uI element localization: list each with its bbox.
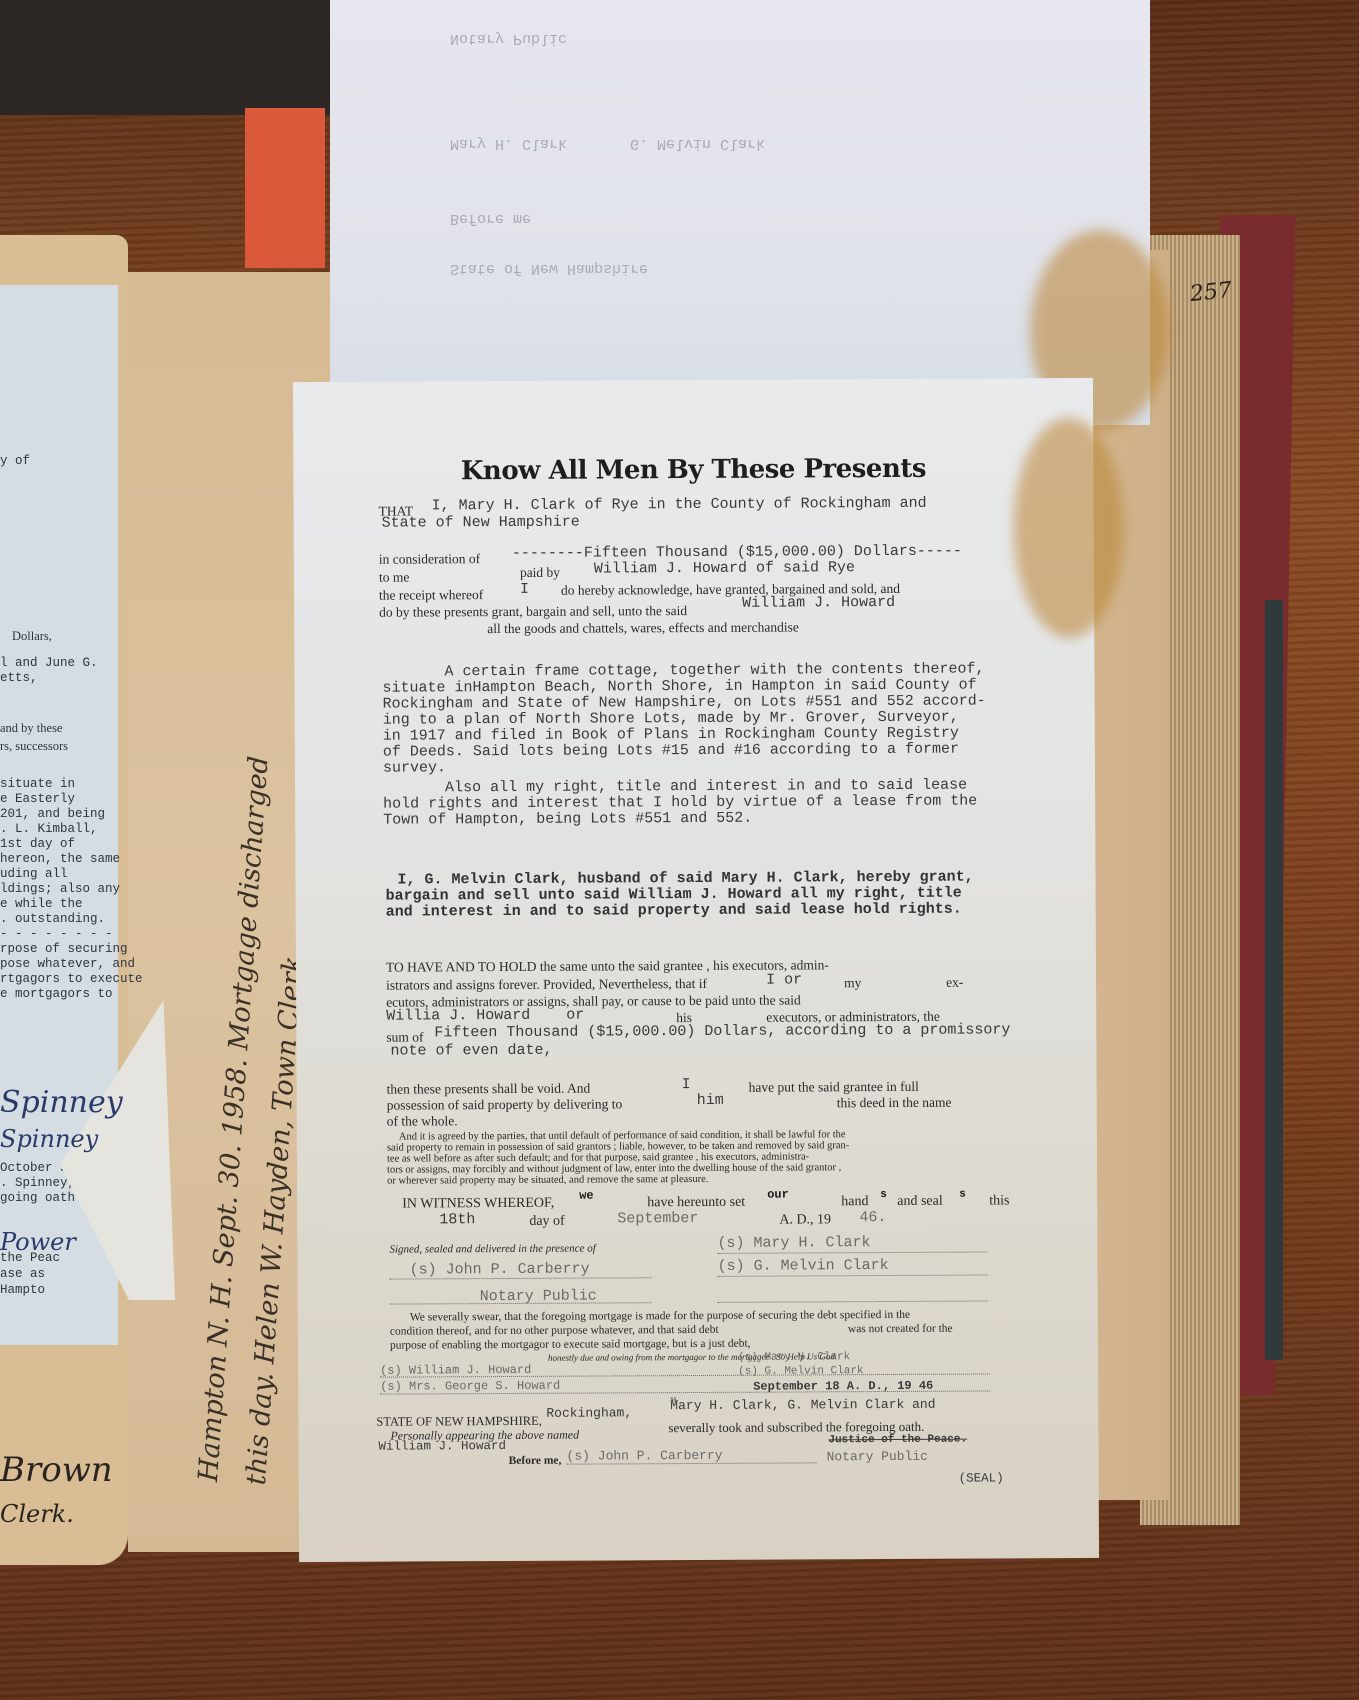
left-text-line: - - - - - - - - — [0, 926, 113, 942]
presence-label: Signed, sealed and delivered in the pres… — [389, 1243, 595, 1256]
receipt-label: the receipt whereof — [379, 587, 483, 604]
seal-label: and seal — [897, 1194, 943, 1210]
left-text-line: 201, and being — [0, 806, 105, 822]
oath-sig-right-1: (s) Mary H. Clark — [738, 1351, 850, 1364]
possession-who: I — [682, 1076, 691, 1093]
set-label: have hereunto set — [647, 1195, 745, 1212]
signature: Spinney — [0, 1125, 98, 1153]
payee: Willia J. Howard — [386, 1007, 530, 1025]
signature-line — [567, 1462, 817, 1464]
possession-line-2: possession of said property by deliverin… — [387, 1096, 623, 1113]
grantor-state: State of New Hampshire — [382, 514, 580, 532]
payee-or: or — [566, 1007, 584, 1024]
left-text-line: and by these — [0, 720, 62, 736]
sum-text: Fifteen Thousand ($15,000.00) Dollars, a… — [434, 1021, 1010, 1041]
oath-line-2: condition thereof, and for no other purp… — [390, 1324, 719, 1338]
handwritten-name: Brown — [0, 1450, 113, 1490]
named-person-2: William J. Howard — [378, 1439, 506, 1454]
text-line: Town of Hampton, being Lots #551 and 552… — [383, 810, 752, 829]
left-text-line: rtgagors to execute — [0, 971, 143, 987]
possession-line-1: then these presents shall be void. And — [387, 1081, 591, 1098]
paid-by: William J. Howard of said Rye — [594, 559, 855, 577]
witness-who: we — [579, 1189, 593, 1203]
witness-label: IN WITNESS WHEREOF, — [402, 1196, 554, 1213]
left-text-line: 1st day of — [0, 836, 75, 852]
left-text-line: e while the — [0, 896, 83, 912]
left-text-line: e mortgagors to — [0, 986, 113, 1002]
left-text-line: Dollars, — [12, 628, 52, 644]
text-line: or wherever said property may be situate… — [387, 1174, 708, 1187]
ghost-text: Notary Public — [450, 30, 567, 47]
receipt-who: I — [520, 581, 529, 598]
left-text-line: ase as — [0, 1266, 45, 1282]
left-text-line: etts, — [0, 670, 38, 686]
signer-1: (s) Mary H. Clark — [717, 1234, 870, 1252]
habendum-line-2: istrators and assigns forever. Provided,… — [386, 976, 707, 994]
orange-book — [245, 108, 325, 268]
oath-sig-left-2: (s) Mrs. George S. Howard — [380, 1379, 560, 1394]
habendum-who: I or — [766, 971, 802, 988]
oath-sig-right-2: (s) G. Melvin Clark — [738, 1365, 863, 1378]
ghost-text: Mary H. Clark — [450, 135, 567, 152]
text-line: and interest in and to said property and… — [386, 901, 962, 921]
habendum-line-1: TO HAVE AND TO HOLD the same unto the sa… — [386, 957, 829, 975]
left-text-line: . outstanding. — [0, 911, 105, 927]
book-spine-inner — [1265, 600, 1283, 1360]
grantee: William J. Howard — [742, 594, 895, 612]
handwritten-title: Clerk. — [0, 1500, 74, 1528]
left-text-line: e Easterly — [0, 791, 75, 807]
document-title: Know All Men By These Presents — [293, 453, 1093, 487]
left-text-line: hereon, the same — [0, 851, 120, 867]
signature-line — [390, 1277, 652, 1279]
left-text-line: rpose of securing — [0, 941, 128, 957]
signer-2: (s) G. Melvin Clark — [718, 1257, 889, 1275]
signature: Spinney — [0, 1085, 123, 1120]
ghost-text: Before me — [450, 210, 531, 227]
county: Rockingham, — [546, 1405, 632, 1420]
text-line: survey. — [383, 759, 446, 776]
left-text-line: Hampto — [0, 1282, 45, 1298]
ghost-text: State of New Hampshire — [450, 260, 648, 277]
witness-day: 18th — [439, 1211, 475, 1228]
left-text-line: l and June G. — [0, 655, 98, 671]
left-text-line: . L. Kimball, — [0, 821, 98, 837]
left-text-line: ldings; also any — [0, 881, 120, 897]
text-line: of Deeds. Said lots being Lots #15 and #… — [383, 741, 959, 761]
grantor-line: I, Mary H. Clark of Rye in the County of… — [432, 495, 927, 515]
witness-our: our — [767, 1188, 789, 1202]
officer-title: Notary Public — [827, 1449, 928, 1465]
struck-title: Justice of the Peace. — [828, 1434, 967, 1447]
to-me-label: to me — [379, 569, 409, 585]
signature-line — [717, 1251, 987, 1253]
left-text-line: rs, successors — [0, 738, 68, 754]
left-text-line: y of — [0, 453, 30, 469]
left-text-line: pose whatever, and — [0, 956, 135, 972]
ghost-text: G. Melvin Clark — [630, 135, 765, 152]
page-number: 257 — [1189, 278, 1233, 307]
signature-line — [718, 1300, 988, 1302]
this-label: this — [989, 1193, 1009, 1209]
possession-him: him — [697, 1092, 724, 1109]
paid-by-label: paid by — [520, 565, 560, 581]
goods-text: all the goods and chattels, wares, effec… — [487, 619, 799, 637]
ad-label: A. D., 19 — [779, 1212, 831, 1228]
named-persons: Mary H. Clark, G. Melvin Clark and — [670, 1397, 935, 1413]
dark-object — [0, 0, 340, 115]
oath-date: September 18 A. D., 19 46 — [753, 1379, 933, 1394]
possession-line-3: of the whole. — [387, 1113, 458, 1129]
before-me-label: Before me, — [509, 1455, 562, 1467]
note-text: note of even date, — [390, 1042, 552, 1060]
witness-month: September — [617, 1210, 698, 1227]
seal-mark: (SEAL) — [959, 1471, 1004, 1485]
hand-label: hand — [841, 1194, 868, 1210]
possession-line-2-rest: this deed in the name — [837, 1095, 952, 1112]
grant-text: do by these presents grant, bargain and … — [379, 603, 687, 621]
witness-1: (s) John P. Carberry — [410, 1261, 590, 1279]
consideration-label: in consideration of — [379, 551, 480, 568]
possession-rest: have put the said grantee in full — [749, 1079, 919, 1096]
left-text-line: uding all — [0, 866, 68, 882]
hand-s: s — [880, 1189, 887, 1201]
oath-line-1: We severally swear, that the foregoing m… — [410, 1309, 910, 1324]
mortgage-document: Know All Men By These Presents THAT I, M… — [293, 378, 1099, 1562]
oath-line-2-right: was not created for the — [848, 1323, 953, 1336]
signature: Power — [0, 1228, 76, 1256]
left-text-line: going oath. — [0, 1190, 83, 1206]
day-of-label: day of — [529, 1214, 564, 1230]
seal-s: s — [959, 1189, 966, 1201]
habendum-ex: ex- — [946, 975, 963, 991]
oath-line-3: purpose of enabling the mortgagor to exe… — [390, 1338, 751, 1352]
signature-line — [718, 1274, 988, 1276]
water-stain — [1013, 418, 1124, 639]
folded-back-sheet: Notary Public Mary H. Clark G. Melvin Cl… — [330, 0, 1150, 425]
witness-year: 46. — [859, 1209, 886, 1226]
left-text-line: situate in — [0, 776, 75, 792]
habendum-my: my — [844, 975, 861, 991]
officer-signature: (s) John P. Carberry — [567, 1448, 723, 1464]
